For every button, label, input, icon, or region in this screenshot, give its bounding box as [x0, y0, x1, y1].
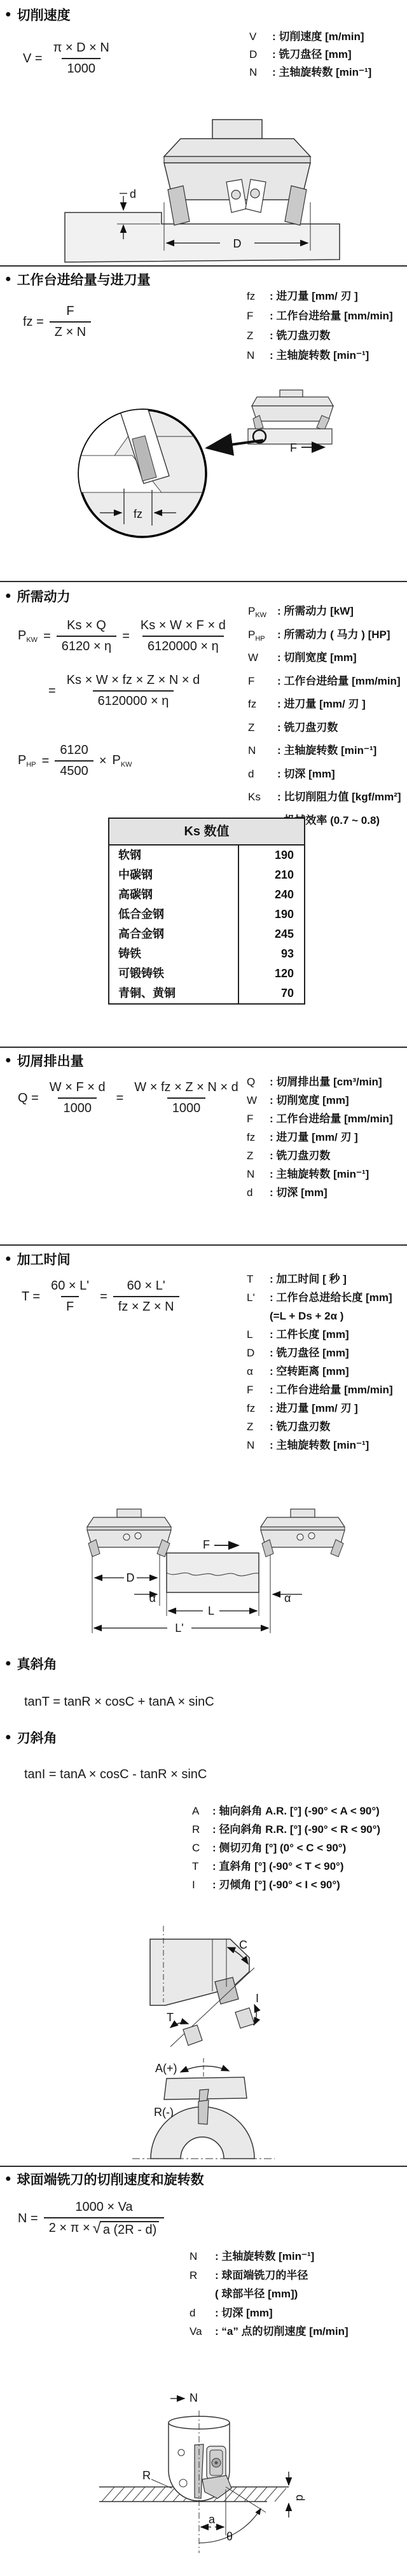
legend-row: N: 主轴旋转数 [min⁻¹]	[249, 64, 371, 81]
formula-lhs: T =	[22, 1290, 40, 1304]
legend-row: (=L + Ds + 2α )	[247, 1307, 393, 1325]
legend-row: N: 主轴旋转数 [min⁻¹]	[247, 1436, 393, 1454]
legend-row: N: 主轴旋转数 [min⁻¹]	[247, 1165, 393, 1183]
mill-start-position	[87, 1509, 171, 1557]
insert-radial	[198, 2100, 209, 2124]
legend-row: Ks: 比切削阻力值 [kgf/mm²]	[248, 788, 401, 811]
legend-row: ( 球部半径 [mm])	[190, 2285, 348, 2304]
dim-label-D: D	[233, 237, 242, 250]
ball-end-mill-diagram: N R d a θ	[76, 2383, 331, 2573]
fraction: Ks × Q 6120 × η	[57, 618, 116, 654]
legend-row: F: 工作台进给量 [mm/min]	[247, 1110, 393, 1128]
mini-mill	[248, 390, 333, 444]
workpiece	[167, 1553, 259, 1592]
legend-row: N: 主轴旋转数 [min⁻¹]	[247, 345, 393, 365]
legend-row: L: 工件长度 [mm]	[247, 1325, 393, 1344]
legend-row: D: 铣刀盘径 [mm]	[249, 46, 371, 64]
table-row: 青铜、黄铜70	[109, 984, 304, 1003]
insert-side-view	[235, 2008, 254, 2028]
numerator: π × D × N	[48, 41, 114, 58]
section-title-inclination: ● 刃斜角	[5, 1728, 57, 1747]
legend-row: T: 直斜角 [°] (-90° < T < 90°)	[192, 1857, 380, 1876]
legend-row: R: 球面端铣刀的半径	[190, 2266, 348, 2285]
section-title-time: ● 加工时间	[5, 1250, 71, 1269]
bullet-icon: ●	[5, 1253, 11, 1265]
formula-lhs: V =	[23, 52, 43, 66]
legend-row: d: 切深 [mm]	[247, 1183, 393, 1202]
section-title-text: 真斜角	[17, 1654, 57, 1673]
fraction: W × fz × Z × N × d 1000	[129, 1080, 243, 1116]
radius-label-R: R	[142, 2469, 151, 2482]
legend-row: fz: 进刀量 [mm/ 刃 ]	[247, 286, 393, 306]
legend-angles: A: 轴向斜角 A.R. [°] (-90° < A < 90°) R: 径向斜…	[192, 1802, 380, 1894]
legend-power: PKW: 所需动力 [kW] PHP: 所需动力 ( 马力 ) [HP] W: …	[248, 602, 401, 834]
dim-label-L: L	[208, 1605, 214, 1617]
formula-cutting-speed: V = π × D × N 1000	[23, 41, 114, 76]
legend-row: Z: 铣刀盘刃数	[247, 1417, 393, 1436]
bullet-icon: ●	[5, 1658, 11, 1669]
body-hole	[179, 2479, 187, 2487]
ks-table-title: Ks 数值	[109, 819, 304, 846]
legend-row: A: 轴向斜角 A.R. [°] (-90° < A < 90°)	[192, 1802, 380, 1820]
section-title-power: ● 所需动力	[5, 587, 71, 606]
section-title-chip: ● 切屑排出量	[5, 1051, 84, 1070]
angle-label-R: R(-)	[154, 2106, 174, 2119]
angle-label-theta: θ	[226, 2530, 233, 2543]
legend-row: N: 主轴旋转数 [min⁻¹]	[190, 2247, 348, 2266]
divider	[0, 2166, 407, 2167]
bullet-icon: ●	[5, 1732, 11, 1743]
table-row: 高合金钢245	[109, 924, 304, 944]
section-title-text: 所需动力	[17, 587, 71, 606]
formula-chip: Q = W × F × d 1000 = W × fz × Z × N × d …	[18, 1080, 244, 1116]
legend-row: I: 刃倾角 [°] (-90° < I < 90°)	[192, 1876, 380, 1894]
formula-lhs: Q =	[18, 1091, 39, 1106]
angle-label-I: I	[256, 1992, 259, 2005]
table-row: 可锻铸铁120	[109, 964, 304, 984]
dim-label-a: a	[209, 2513, 216, 2526]
legend-row: F: 工作台进给量 [mm/min]	[248, 672, 401, 695]
feed-label-F: F	[203, 1538, 210, 1551]
denominator: Z × N	[50, 321, 91, 340]
fraction: π × D × N 1000	[48, 41, 114, 76]
legend-row: PHP: 所需动力 ( 马力 ) [HP]	[248, 625, 401, 649]
mill-shank	[212, 120, 262, 139]
dim-label-D: D	[127, 1571, 135, 1584]
bullet-icon: ●	[5, 590, 11, 602]
formula-lhs: N =	[18, 2211, 38, 2226]
mill-end-position	[261, 1509, 345, 1557]
section-title-ball-end-mill: ● 球面端铣刀的切削速度和旋转数	[5, 2169, 204, 2189]
screw-socket	[215, 2461, 218, 2465]
formula-power-hp: PHP = 6120 4500 × PKW	[18, 743, 132, 779]
legend-row: fz: 进刀量 [mm/ 刃 ]	[248, 695, 401, 718]
fraction: 6120 4500	[55, 743, 93, 779]
depth-label-d: d	[294, 2495, 307, 2501]
legend-row: α: 空转距离 [mm]	[247, 1362, 393, 1381]
fraction: 60 × L' fz × Z × N	[113, 1279, 179, 1314]
legend-row: Va: “a” 点的切削速度 [m/min]	[190, 2322, 348, 2341]
legend-row: Q: 切屑排出量 [cm³/min]	[247, 1073, 393, 1091]
legend-row: C: 侧切刃角 [°] (0° < C < 90°)	[192, 1839, 380, 1857]
table-row: 中碳钢210	[109, 865, 304, 885]
bullet-icon: ●	[5, 9, 11, 20]
angle-label-T: T	[167, 2011, 174, 2024]
body-hole	[178, 2449, 184, 2456]
insert-screw	[251, 189, 259, 198]
legend-row: Z: 铣刀盘刃数	[247, 326, 393, 345]
insert-screw	[231, 190, 240, 199]
table-row: 低合金钢190	[109, 905, 304, 924]
table-row: 软钢190	[109, 846, 304, 865]
formula-power-1: PKW = Ks × Q 6120 × η = Ks × W × F × d 6…	[18, 618, 231, 654]
legend-ball-end: N: 主轴旋转数 [min⁻¹] R: 球面端铣刀的半径 ( 球部半径 [mm]…	[190, 2247, 348, 2341]
formula-power-2: = Ks × W × fz × Z × N × d 6120000 × η	[48, 673, 205, 709]
table-row: 铸铁93	[109, 944, 304, 964]
legend-cutting-speed: V: 切削速度 [m/min] D: 铣刀盘径 [mm] N: 主轴旋转数 [m…	[249, 28, 371, 81]
legend-feed: fz: 进刀量 [mm/ 刃 ] F: 工作台进给量 [mm/min] Z: 铣…	[247, 286, 393, 365]
fraction: 60 × L' F	[46, 1279, 94, 1314]
denominator: 1000	[62, 58, 100, 76]
legend-row: d: 切深 [mm]	[190, 2304, 348, 2323]
legend-chip: Q: 切屑排出量 [cm³/min] W: 切削宽度 [mm] F: 工作台进给…	[247, 1073, 393, 1202]
fraction: F Z × N	[50, 304, 91, 340]
mill-flange	[164, 139, 310, 157]
formula-inclination: tanI = tanA × cosC - tanR × sinC	[24, 1767, 207, 1782]
legend-row: W: 切削宽度 [mm]	[248, 648, 401, 672]
legend-row: D: 铣刀盘径 [mm]	[247, 1344, 393, 1362]
legend-row: T: 加工时间 [ 秒 ]	[247, 1270, 393, 1288]
legend-row: R: 径向斜角 R.R. [°] (-90° < R < 90°)	[192, 1820, 380, 1839]
legend-row: F: 工作台进给量 [mm/min]	[247, 306, 393, 326]
fraction: W × F × d 1000	[45, 1080, 111, 1116]
milling-formulas-page: ● 切削速度 V = π × D × N 1000 V: 切削速度 [m/min…	[0, 0, 407, 2576]
formula-time: T = 60 × L' F = 60 × L' fz × Z × N	[22, 1279, 179, 1314]
formula-lhs: PHP	[18, 753, 36, 769]
dim-label-fz: fz	[134, 508, 142, 520]
legend-row: fz: 进刀量 [mm/ 刃 ]	[247, 1399, 393, 1417]
section-title-text: 切屑排出量	[17, 1051, 84, 1070]
legend-row: N: 主轴旋转数 [min⁻¹]	[248, 741, 401, 765]
dim-label-d: d	[130, 188, 136, 200]
divider	[0, 265, 407, 267]
divider	[0, 1244, 407, 1246]
bullet-icon: ●	[5, 1055, 11, 1066]
dim-label-L-prime: L'	[175, 1622, 183, 1634]
bullet-icon: ●	[5, 274, 11, 285]
angle-label-A: A(+)	[155, 2062, 177, 2075]
legend-row: Z: 铣刀盘刃数	[248, 718, 401, 742]
feed-per-tooth-diagram: F fz	[37, 380, 368, 576]
legend-row: d: 切深 [mm]	[248, 765, 401, 788]
rotation-label-N: N	[190, 2392, 198, 2404]
legend-row: W: 切削宽度 [mm]	[247, 1091, 393, 1110]
formula-feed: fz = F Z × N	[23, 304, 91, 340]
section-title-true-rake: ● 真斜角	[5, 1654, 57, 1673]
insert-side-view	[183, 2025, 202, 2045]
fraction: Ks × W × F × d 6120000 × η	[135, 618, 231, 654]
section-title-text: 切削速度	[17, 5, 71, 24]
divider	[0, 1047, 407, 1048]
legend-row: L': 工作台总进给长度 [mm]	[247, 1288, 393, 1307]
section-title-cutting-speed: ● 切削速度	[5, 5, 71, 24]
legend-row: PKW: 所需动力 [kW]	[248, 602, 401, 625]
divider	[0, 581, 407, 582]
legend-time: T: 加工时间 [ 秒 ] L': 工作台总进给长度 [mm] (=L + Ds…	[247, 1270, 393, 1454]
face-mill-depth-diagram: d D	[56, 118, 348, 263]
legend-row: F: 工作台进给量 [mm/min]	[247, 1381, 393, 1399]
dim-label-alpha-right: α	[284, 1592, 291, 1605]
section-title-text: 加工时间	[17, 1250, 71, 1269]
formula-true-rake: tanT = tanR × cosC + tanA × sinC	[24, 1695, 214, 1709]
bullet-icon: ●	[5, 2173, 11, 2185]
dim-label-alpha-left: α	[149, 1592, 156, 1605]
radical: √ a (2R - d)	[93, 2221, 160, 2238]
ks-table: Ks 数值 软钢190 中碳钢210 高碳钢240 低合金钢190 高合金钢24…	[108, 818, 305, 1005]
table-row: 高碳钢240	[109, 885, 304, 905]
formula-lhs: PKW	[18, 629, 38, 644]
angle-label-C: C	[239, 1939, 247, 1951]
legend-row: V: 切削速度 [m/min]	[249, 28, 371, 46]
formula-ball-end: N = 1000 × Va 2 × π × √ a (2R - d)	[18, 2200, 164, 2238]
feed-label-F: F	[290, 442, 297, 454]
section-title-text: 球面端铣刀的切削速度和旋转数	[17, 2169, 204, 2189]
formula-rhs: PKW	[113, 753, 132, 769]
legend-row: Z: 铣刀盘刃数	[247, 1146, 393, 1165]
formula-lhs: fz =	[23, 315, 44, 330]
fraction: 1000 × Va 2 × π × √ a (2R - d)	[44, 2200, 165, 2238]
section-title-text: 刃斜角	[17, 1728, 57, 1747]
machining-length-diagram: F D α α L L'	[60, 1496, 359, 1640]
legend-row: fz: 进刀量 [mm/ 刃 ]	[247, 1128, 393, 1146]
section-title-table-feed: ● 工作台进给量与进刀量	[5, 270, 151, 289]
section-title-text: 工作台进给量与进刀量	[17, 270, 151, 289]
numerator: F	[61, 304, 79, 321]
rake-angle-diagram: C I T A(+) R(-)	[95, 1905, 312, 2165]
fraction: Ks × W × fz × Z × N × d 6120000 × η	[62, 673, 205, 709]
